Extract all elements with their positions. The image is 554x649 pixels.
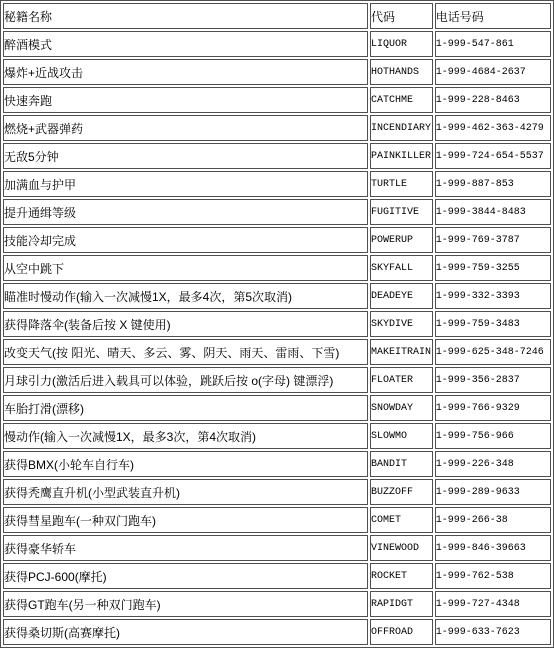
table-row: 月球引力(激活后进入载具可以体验，跳跃后按 o(字母) 键漂浮) FLOATER… [3, 367, 551, 393]
code-cell: SLOWMO [370, 423, 433, 449]
code-cell: BANDIT [370, 451, 433, 477]
cheat-name-cell: 技能冷却完成 [3, 227, 368, 253]
phone-cell: 1-999-762-538 [435, 563, 551, 589]
table-row: 燃烧+武器弹药 INCENDIARY 1-999-462-363-4279 [3, 115, 551, 141]
phone-cell: 1-999-756-966 [435, 423, 551, 449]
code-cell: VINEWOOD [370, 535, 433, 561]
cheat-name-cell: 月球引力(激活后进入载具可以体验，跳跃后按 o(字母) 键漂浮) [3, 367, 368, 393]
code-cell: ROCKET [370, 563, 433, 589]
cheat-name-cell: 快速奔跑 [3, 87, 368, 113]
phone-cell: 1-999-625-348-7246 [435, 339, 551, 365]
cheat-name-cell: 改变天气(按 阳光、晴天、多云、雾、阴天、雨天、雷雨、下雪) [3, 339, 368, 365]
phone-cell: 1-999-769-3787 [435, 227, 551, 253]
table-row: 获得PCJ-600(摩托) ROCKET 1-999-762-538 [3, 563, 551, 589]
table-row: 获得桑切斯(高赛摩托) OFFROAD 1-999-633-7623 [3, 619, 551, 645]
code-cell: FLOATER [370, 367, 433, 393]
code-cell: RAPIDGT [370, 591, 433, 617]
table-row: 快速奔跑 CATCHME 1-999-228-8463 [3, 87, 551, 113]
cheat-name-cell: 获得BMX(小轮车自行车) [3, 451, 368, 477]
code-cell: HOTHANDS [370, 59, 433, 85]
cheat-name-cell: 获得降落伞(装备后按 X 键使用) [3, 311, 368, 337]
phone-cell: 1-999-724-654-5537 [435, 143, 551, 169]
phone-cell: 1-999-887-853 [435, 171, 551, 197]
table-row: 从空中跳下 SKYFALL 1-999-759-3255 [3, 255, 551, 281]
cheat-name-cell: 获得彗星跑车(一种双门跑车) [3, 507, 368, 533]
table-row: 获得降落伞(装备后按 X 键使用) SKYDIVE 1-999-759-3483 [3, 311, 551, 337]
cheat-name-cell: 获得桑切斯(高赛摩托) [3, 619, 368, 645]
cheat-name-cell: 无敌5分钟 [3, 143, 368, 169]
cheat-name-cell: 爆炸+近战攻击 [3, 59, 368, 85]
code-cell: OFFROAD [370, 619, 433, 645]
code-cell: SKYFALL [370, 255, 433, 281]
table-row: 车胎打滑(漂移) SNOWDAY 1-999-766-9329 [3, 395, 551, 421]
cheat-name-cell: 加满血与护甲 [3, 171, 368, 197]
cheats-table: 秘籍名称 代码 电话号码 醉酒模式 LIQUOR 1-999-547-861 爆… [0, 0, 554, 648]
phone-cell: 1-999-727-4348 [435, 591, 551, 617]
code-cell: SNOWDAY [370, 395, 433, 421]
phone-cell: 1-999-289-9633 [435, 479, 551, 505]
table-row: 获得秃鹰直升机(小型武装直升机) BUZZOFF 1-999-289-9633 [3, 479, 551, 505]
cheat-name-cell: 车胎打滑(漂移) [3, 395, 368, 421]
table-row: 改变天气(按 阳光、晴天、多云、雾、阴天、雨天、雷雨、下雪) MAKEITRAI… [3, 339, 551, 365]
code-cell: INCENDIARY [370, 115, 433, 141]
code-cell: SKYDIVE [370, 311, 433, 337]
table-row: 加满血与护甲 TURTLE 1-999-887-853 [3, 171, 551, 197]
header-phone: 电话号码 [435, 3, 551, 29]
phone-cell: 1-999-766-9329 [435, 395, 551, 421]
cheat-name-cell: 慢动作(输入一次减慢1X，最多3次，第4次取消) [3, 423, 368, 449]
phone-cell: 1-999-356-2837 [435, 367, 551, 393]
code-cell: BUZZOFF [370, 479, 433, 505]
phone-cell: 1-999-3844-8483 [435, 199, 551, 225]
header-row: 秘籍名称 代码 电话号码 [3, 3, 551, 29]
phone-cell: 1-999-226-348 [435, 451, 551, 477]
phone-cell: 1-999-4684-2637 [435, 59, 551, 85]
code-cell: DEADEYE [370, 283, 433, 309]
table-row: 瞄准时慢动作(输入一次减慢1X，最多4次，第5次取消) DEADEYE 1-99… [3, 283, 551, 309]
phone-cell: 1-999-759-3255 [435, 255, 551, 281]
cheat-name-cell: 从空中跳下 [3, 255, 368, 281]
phone-cell: 1-999-846-39663 [435, 535, 551, 561]
phone-cell: 1-999-266-38 [435, 507, 551, 533]
header-code: 代码 [370, 3, 433, 29]
table-row: 醉酒模式 LIQUOR 1-999-547-861 [3, 31, 551, 57]
code-cell: MAKEITRAIN [370, 339, 433, 365]
table-row: 无敌5分钟 PAINKILLER 1-999-724-654-5537 [3, 143, 551, 169]
phone-cell: 1-999-332-3393 [435, 283, 551, 309]
phone-cell: 1-999-462-363-4279 [435, 115, 551, 141]
cheat-name-cell: 燃烧+武器弹药 [3, 115, 368, 141]
code-cell: CATCHME [370, 87, 433, 113]
phone-cell: 1-999-633-7623 [435, 619, 551, 645]
phone-cell: 1-999-759-3483 [435, 311, 551, 337]
table-row: 爆炸+近战攻击 HOTHANDS 1-999-4684-2637 [3, 59, 551, 85]
header-cheat-name: 秘籍名称 [3, 3, 368, 29]
code-cell: PAINKILLER [370, 143, 433, 169]
table-row: 技能冷却完成 POWERUP 1-999-769-3787 [3, 227, 551, 253]
table-row: 获得豪华轿车 VINEWOOD 1-999-846-39663 [3, 535, 551, 561]
cheat-name-cell: 醉酒模式 [3, 31, 368, 57]
code-cell: FUGITIVE [370, 199, 433, 225]
code-cell: LIQUOR [370, 31, 433, 57]
cheat-name-cell: 瞄准时慢动作(输入一次减慢1X，最多4次，第5次取消) [3, 283, 368, 309]
cheat-name-cell: 提升通缉等级 [3, 199, 368, 225]
table-row: 获得彗星跑车(一种双门跑车) COMET 1-999-266-38 [3, 507, 551, 533]
code-cell: TURTLE [370, 171, 433, 197]
code-cell: COMET [370, 507, 433, 533]
table-row: 慢动作(输入一次减慢1X，最多3次，第4次取消) SLOWMO 1-999-75… [3, 423, 551, 449]
phone-cell: 1-999-228-8463 [435, 87, 551, 113]
table-row: 获得BMX(小轮车自行车) BANDIT 1-999-226-348 [3, 451, 551, 477]
cheats-table-body: 秘籍名称 代码 电话号码 醉酒模式 LIQUOR 1-999-547-861 爆… [3, 3, 551, 645]
table-row: 获得GT跑车(另一种双门跑车) RAPIDGT 1-999-727-4348 [3, 591, 551, 617]
cheat-name-cell: 获得豪华轿车 [3, 535, 368, 561]
phone-cell: 1-999-547-861 [435, 31, 551, 57]
cheat-name-cell: 获得秃鹰直升机(小型武装直升机) [3, 479, 368, 505]
code-cell: POWERUP [370, 227, 433, 253]
table-row: 提升通缉等级 FUGITIVE 1-999-3844-8483 [3, 199, 551, 225]
cheat-name-cell: 获得GT跑车(另一种双门跑车) [3, 591, 368, 617]
cheat-name-cell: 获得PCJ-600(摩托) [3, 563, 368, 589]
